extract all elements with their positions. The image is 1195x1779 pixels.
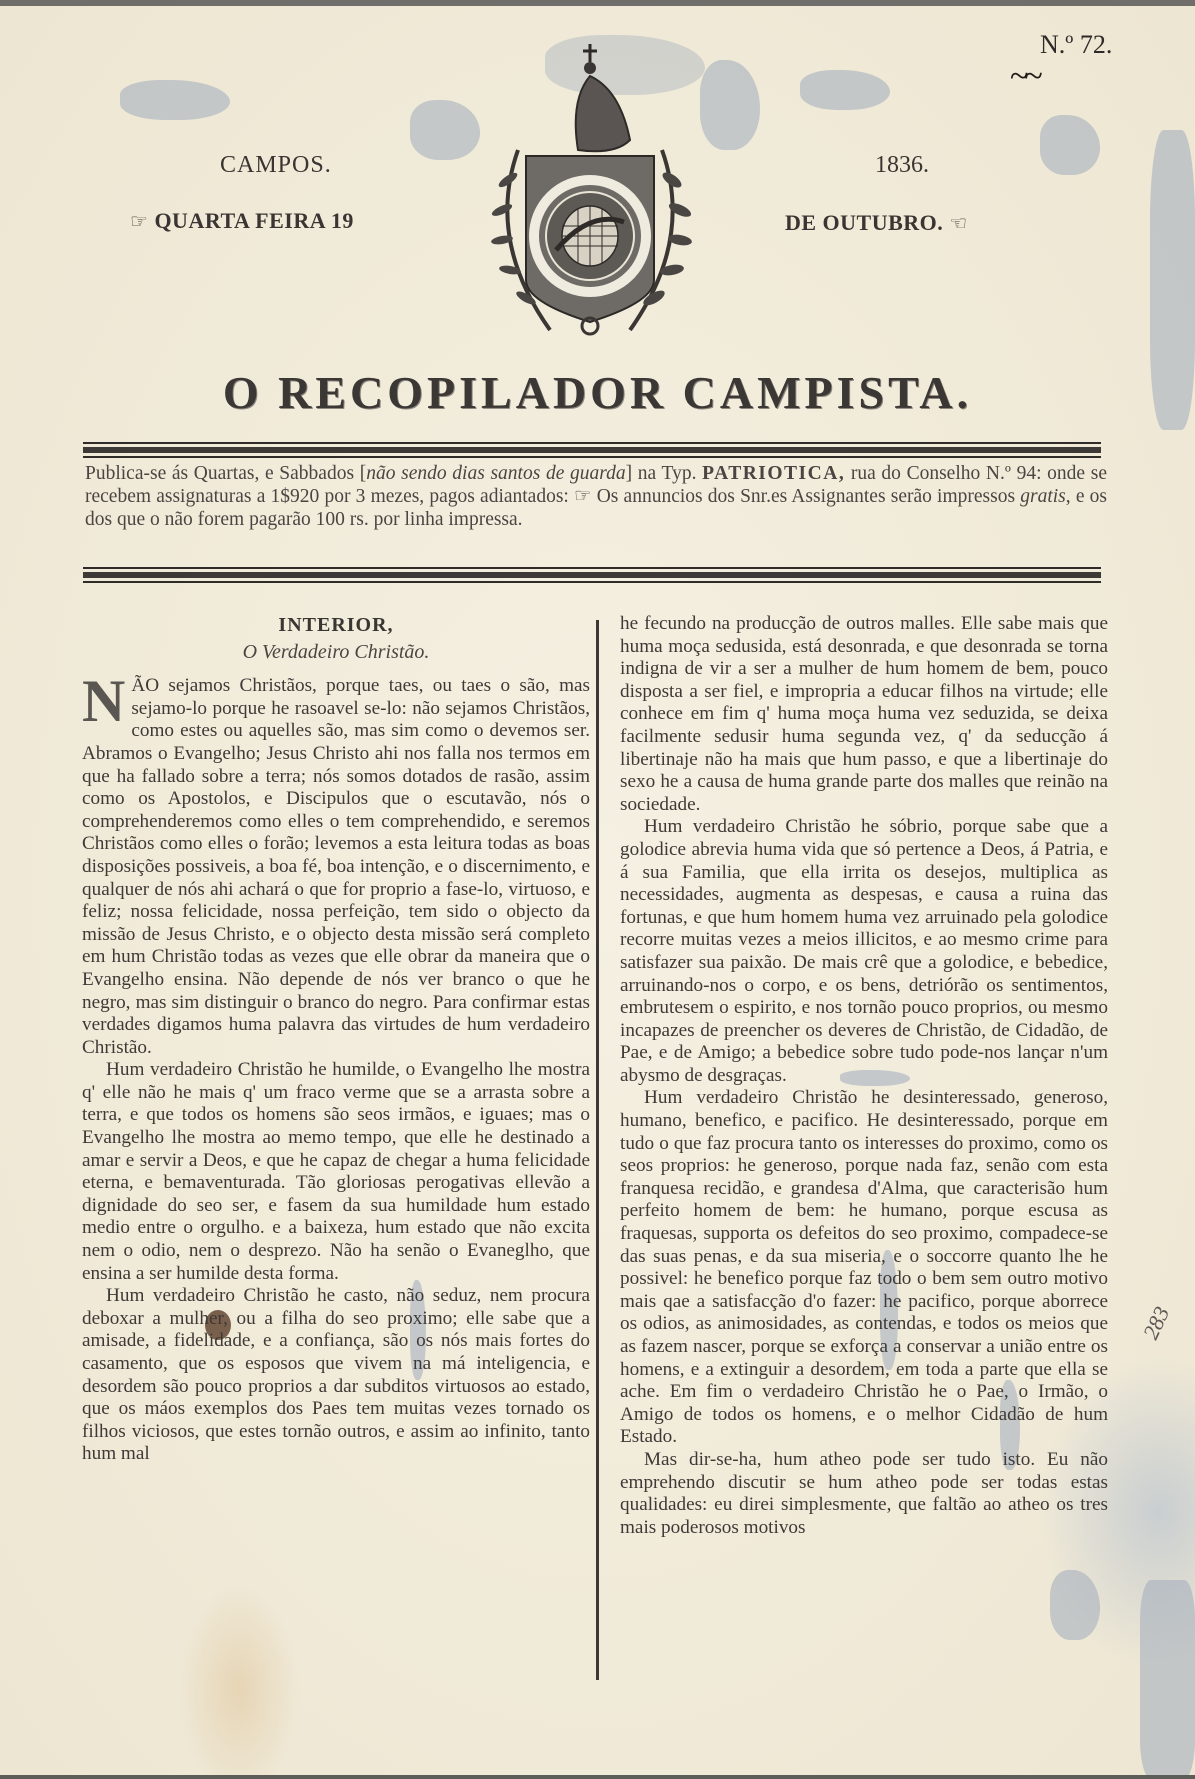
pointing-hand-icon: ☜ xyxy=(949,213,967,235)
pubinfo-text: Publica-se ás Quartas, e Sabbados [ xyxy=(85,463,366,484)
pointing-hand-icon: ☞ xyxy=(130,211,148,233)
water-stain xyxy=(120,80,230,120)
paragraph: Hum verdadeiro Christão he sóbrio, porqu… xyxy=(620,816,1108,1087)
press-name: PATRIOTICA, xyxy=(702,463,845,484)
place-name: CAMPOS. xyxy=(220,152,332,179)
section-heading: INTERIOR, xyxy=(82,614,590,637)
pubinfo-text: ] na Typ. xyxy=(626,463,702,484)
issue-number: N.º 72. xyxy=(1040,30,1112,60)
divider-rule xyxy=(83,442,1101,444)
column-divider xyxy=(596,620,599,1680)
divider-rule xyxy=(83,572,1101,578)
article-column-right: he fecundo na producção de outros malles… xyxy=(620,613,1108,1539)
divider-rule xyxy=(83,447,1101,453)
paragraph: Mas dir-se-ha, hum atheo pode ser tudo i… xyxy=(620,1449,1108,1539)
imperial-coat-of-arms-icon xyxy=(490,40,730,340)
publication-info: Publica-se ás Quartas, e Sabbados [não s… xyxy=(85,462,1107,531)
paragraph: NÃO sejamos Christãos, porque taes, ou t… xyxy=(82,675,590,1059)
page-bottom-edge xyxy=(0,1775,1195,1779)
paragraph: he fecundo na producção de outros malles… xyxy=(620,613,1108,816)
date-weekday: ☞ QUARTA FEIRA 19 xyxy=(130,208,354,234)
divider-rule xyxy=(83,567,1101,569)
newspaper-title: O RECOPILADOR CAMPISTA. xyxy=(0,366,1195,419)
article-column-left: INTERIOR, O Verdadeiro Christão. NÃO sej… xyxy=(82,610,590,1466)
divider-rule xyxy=(83,456,1101,458)
article-title: O Verdadeiro Christão. xyxy=(82,641,590,664)
pubinfo-italic: gratis xyxy=(1020,486,1066,507)
page-top-edge xyxy=(0,0,1195,6)
weekday-text: QUARTA FEIRA 19 xyxy=(154,208,353,233)
date-month: DE OUTUBRO. ☜ xyxy=(785,210,968,236)
paragraph-text: ÃO sejamos Christãos, porque taes, ou ta… xyxy=(82,675,590,1058)
paragraph: Hum verdadeiro Christão he casto, não se… xyxy=(82,1285,590,1466)
drop-cap: N xyxy=(82,677,125,725)
paragraph: Hum verdadeiro Christão he desinteressad… xyxy=(620,1087,1108,1449)
paragraph: Hum verdadeiro Christão he humilde, o Ev… xyxy=(82,1059,590,1285)
month-text: DE OUTUBRO. xyxy=(785,210,943,235)
divider-rule xyxy=(83,581,1101,583)
pubinfo-italic: não sendo dias santos de guarda xyxy=(366,463,625,484)
flourish-ornament: ~~ xyxy=(1010,58,1039,96)
year: 1836. xyxy=(875,152,929,179)
water-stain xyxy=(800,70,890,110)
water-stain xyxy=(1140,1580,1195,1779)
